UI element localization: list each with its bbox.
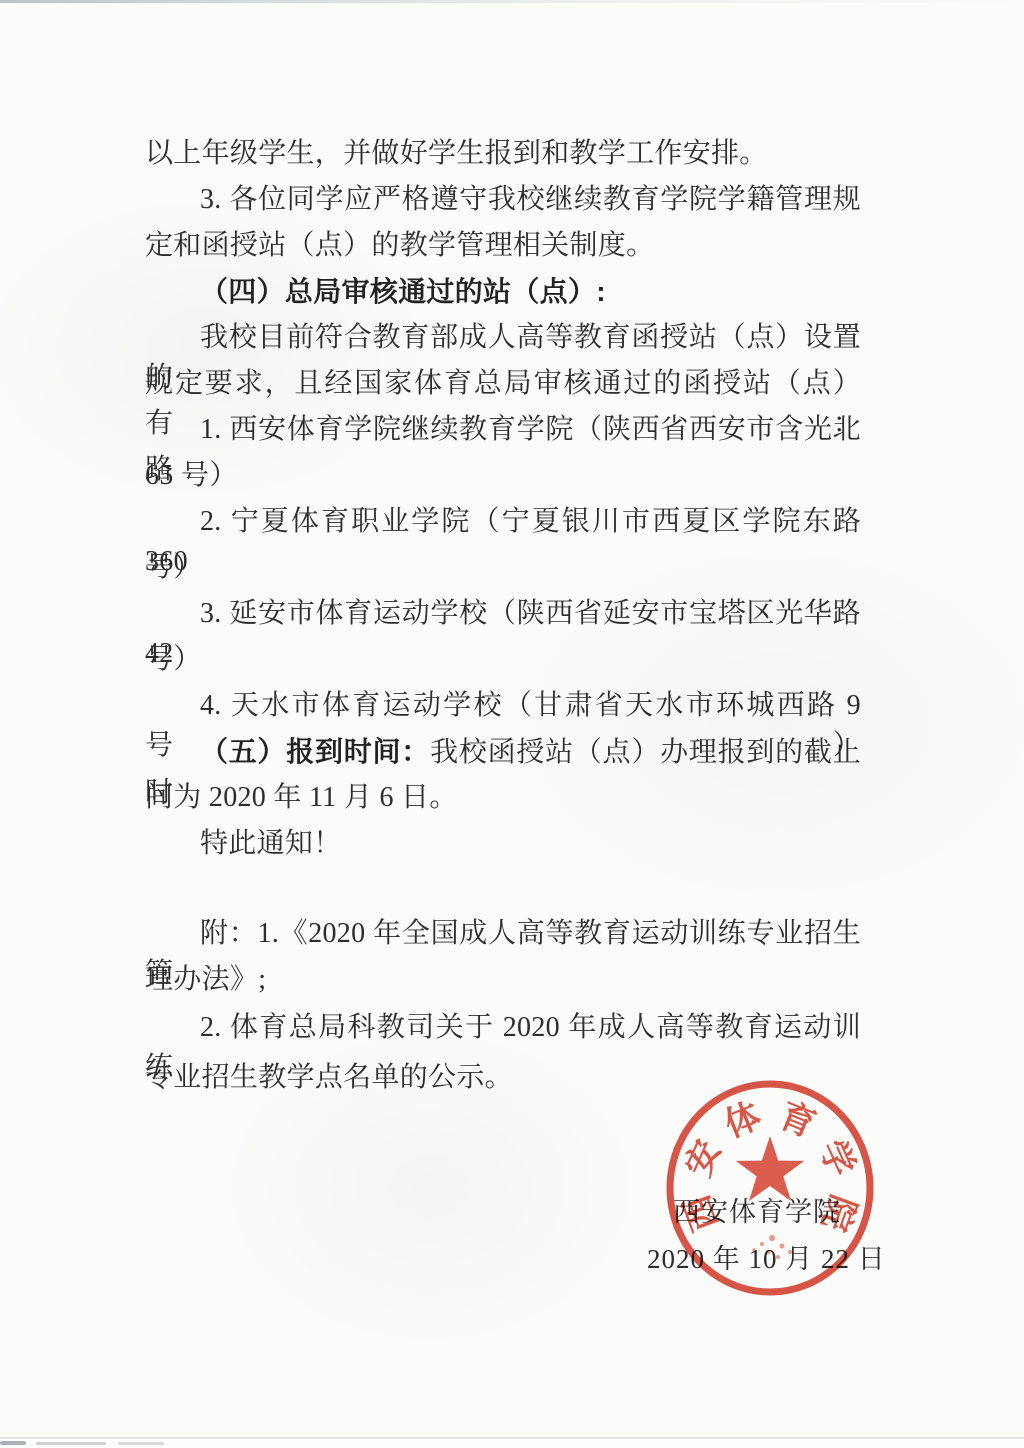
text-segment-bold: （四）总局审核通过的站（点）: [200,276,606,307]
text-line: 3. 各位同学应严格遵守我校继续教育学院学籍管理规 [145,180,861,220]
text-segment: 号） [145,552,202,583]
seal-arc-char: 西 [677,1190,726,1236]
seal-arc-char: 学 [812,1134,862,1182]
text-segment: 65 号） [145,460,238,491]
seal-arc-char: 育 [774,1095,821,1145]
text-segment: 以上年级学生，并做好学生报到和教学工作安排。 [145,138,768,169]
text-line: 号） [145,640,861,680]
text-segment: 专业招生教学点名单的公示。 [145,1062,513,1093]
seal-arc-char: 体 [719,1096,766,1145]
seal-ink-smudge [752,1235,792,1259]
text-line: 以上年级学生，并做好学生报到和教学工作安排。 [145,134,861,174]
text-segment-bold: （五）报到时间： [200,736,430,767]
seal-ring [670,1084,870,1292]
official-seal: 西 安 体 育 学 院 [655,1068,885,1308]
text-line: （四）总局审核通过的站（点）: [145,272,861,313]
scanner-mark [0,1441,26,1445]
text-line: 理办法》; [145,960,861,1000]
text-line: 号） [145,548,861,588]
text-segment: 定和函授站（点）的教学管理相关制度。 [145,230,654,261]
seal-arc-char: 安 [678,1134,728,1182]
scanner-mark [118,1442,164,1445]
text-segment: 3. 各位同学应严格遵守我校继续教育学院学籍管理规 [200,184,861,215]
seal-star-icon [736,1136,804,1201]
seal-arc-char: 院 [814,1190,863,1236]
text-segment: 理办法》; [145,964,266,995]
text-line: 定和函授站（点）的教学管理相关制度。 [145,226,861,266]
text-segment: 号） [145,644,202,675]
text-segment: 特此通知！ [200,828,342,859]
scanned-document-page: 以上年级学生，并做好学生报到和教学工作安排。3. 各位同学应严格遵守我校继续教育… [0,0,1024,1448]
text-line: 特此通知！ [145,824,861,864]
text-line: 65 号） [145,456,861,496]
text-line: 间为 2020 年 11 月 6 日。 [145,778,861,818]
scanner-top-edge [0,0,1024,3]
scanner-mark [36,1442,106,1445]
text-segment: 间为 2020 年 11 月 6 日。 [145,782,458,813]
